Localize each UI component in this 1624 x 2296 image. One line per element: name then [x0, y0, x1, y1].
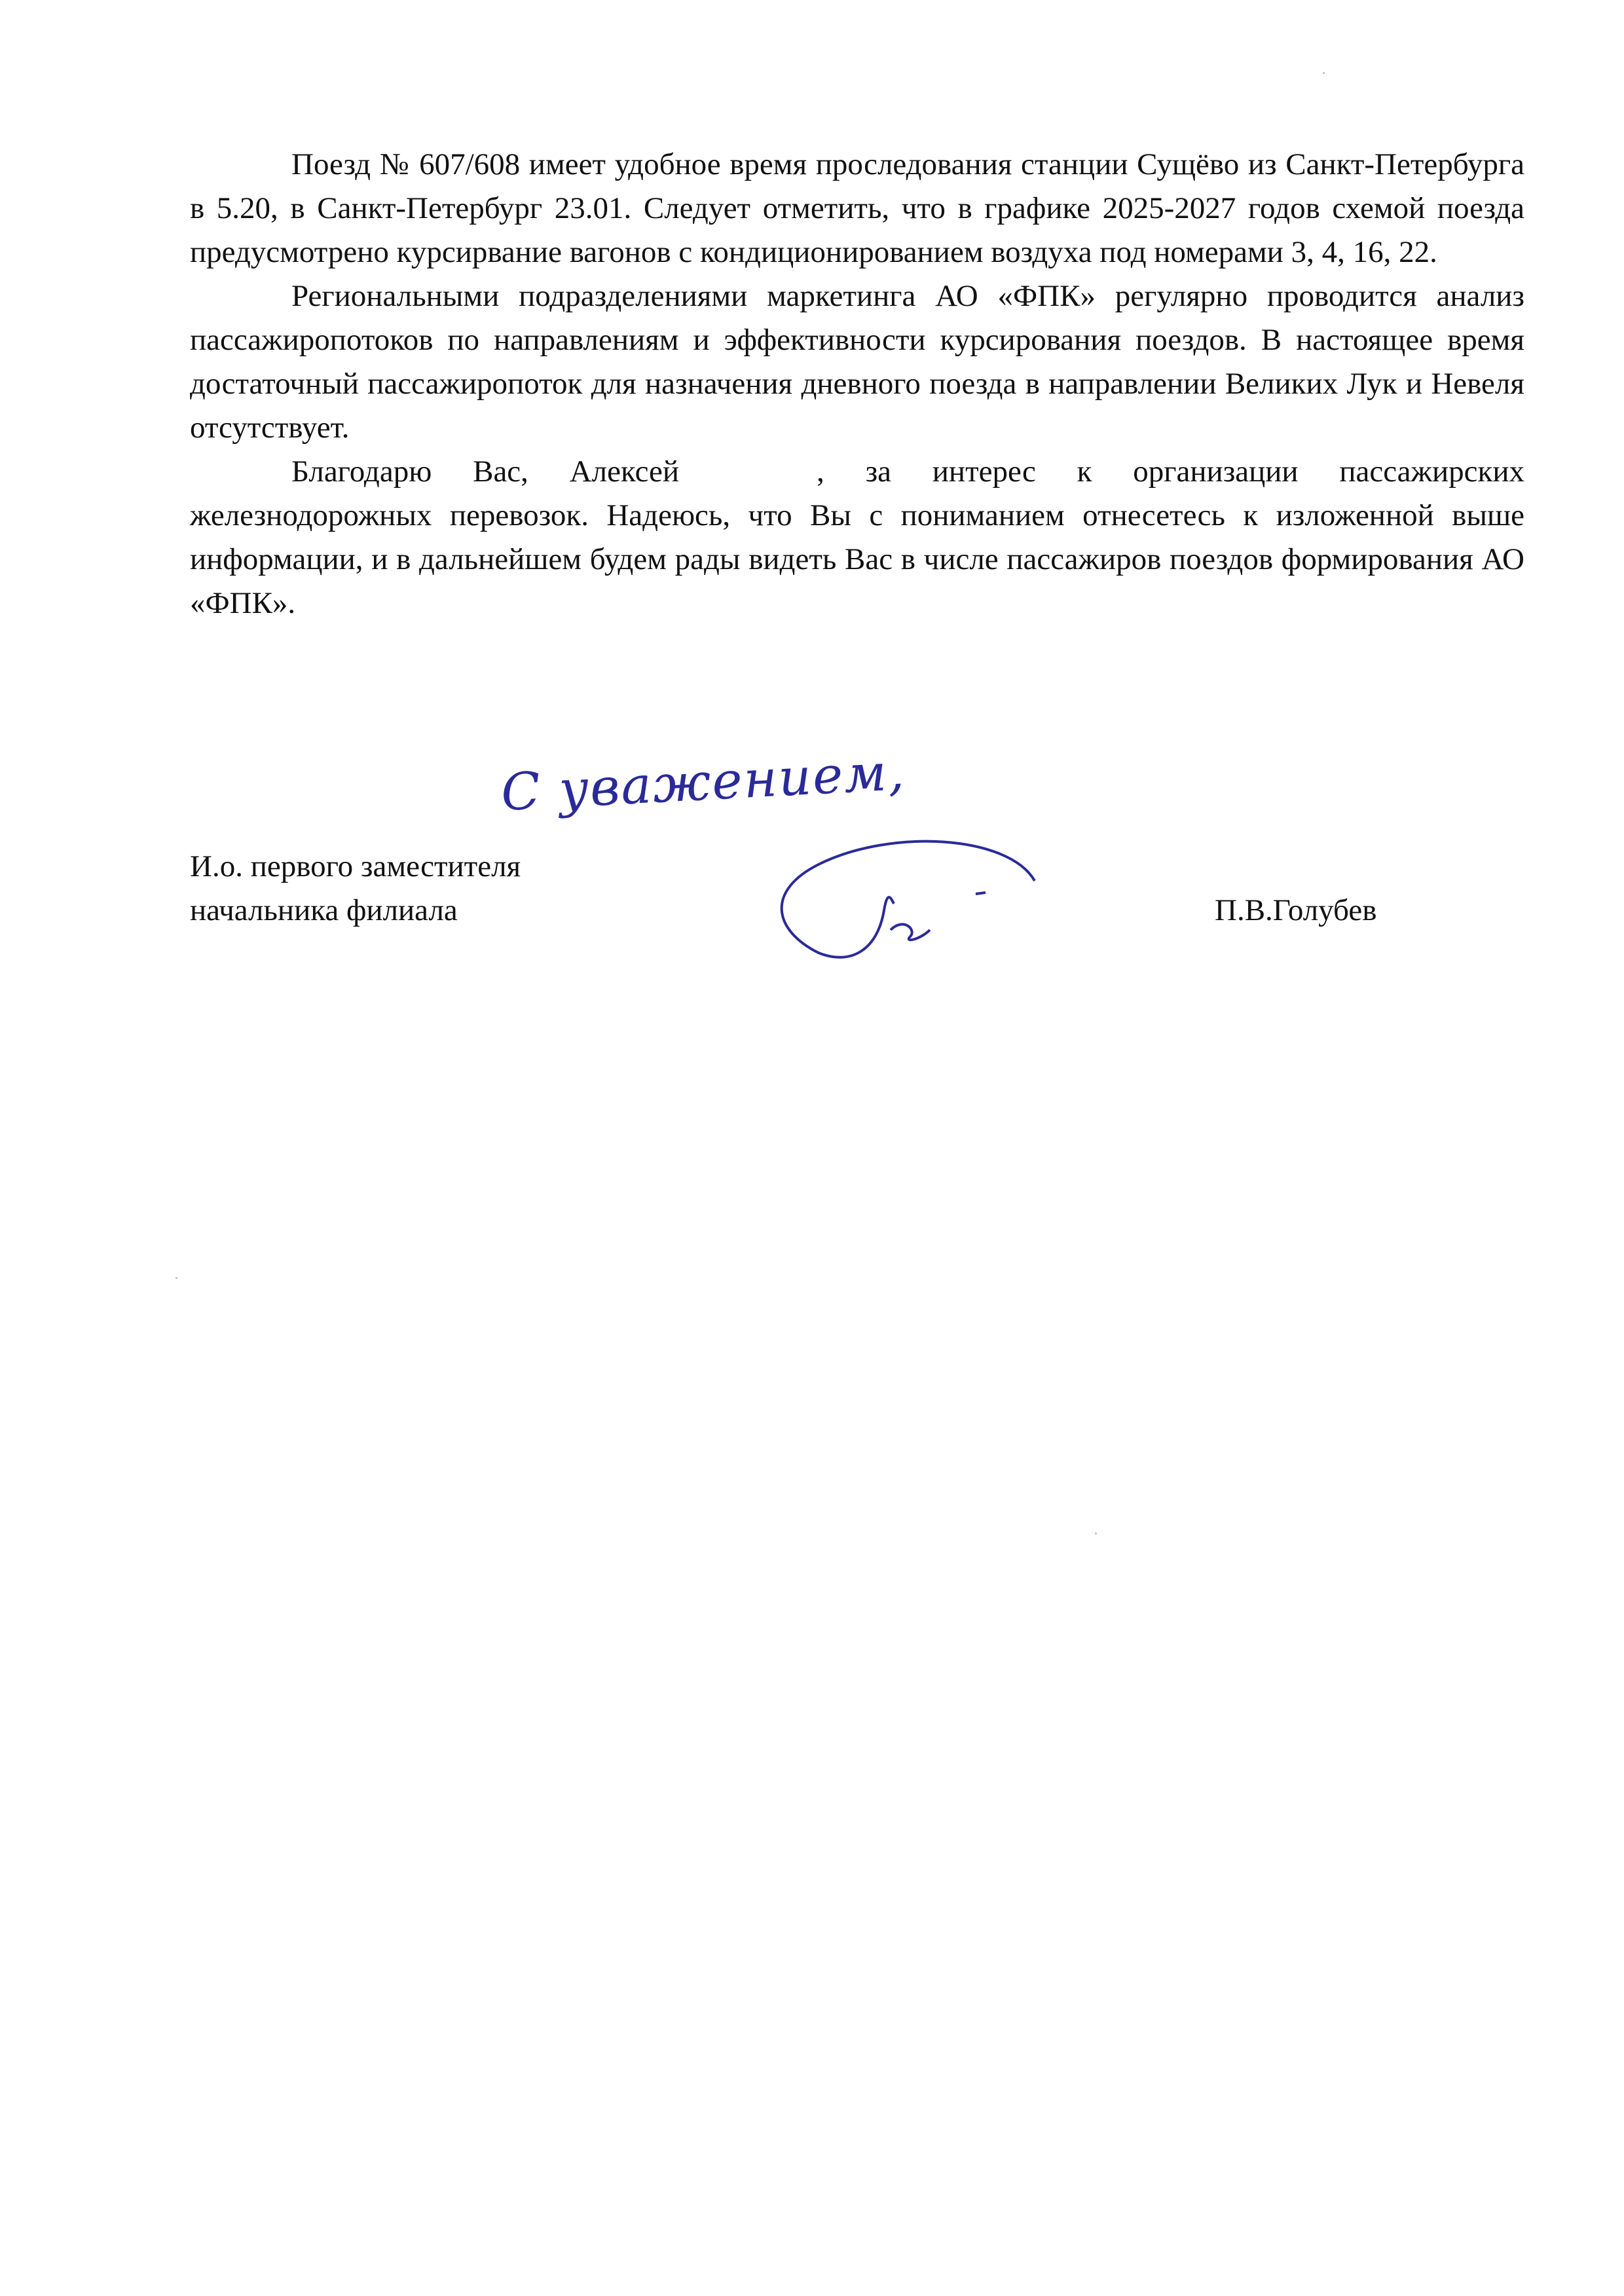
signatory-title-line1: И.о. первого заместителя: [190, 845, 521, 889]
signatory-title: И.о. первого заместителя начальника фили…: [190, 845, 521, 933]
handwritten-signature: [760, 832, 1126, 963]
handwritten-closing: С уважением,: [500, 743, 907, 823]
scan-speck: [175, 1277, 177, 1279]
scan-speck: [1323, 72, 1325, 74]
signatory-title-line2: начальника филиала: [190, 889, 521, 933]
document-page: Поезд № 607/608 имеет удобное время прос…: [0, 0, 1624, 2296]
letter-body: Поезд № 607/608 имеет удобное время прос…: [190, 143, 1524, 625]
paragraph-marketing-analysis: Региональными подразделениями маркетинга…: [190, 274, 1524, 450]
signatory-name: П.В.Голубев: [1215, 889, 1376, 933]
paragraph-train-schedule: Поезд № 607/608 имеет удобное время прос…: [190, 143, 1524, 274]
thanks-start: Благодарю Вас, Алексей: [291, 454, 679, 489]
scan-speck: [1095, 1532, 1097, 1534]
paragraph-thanks: Благодарю Вас, Алексей, за интерес к орг…: [190, 450, 1524, 625]
